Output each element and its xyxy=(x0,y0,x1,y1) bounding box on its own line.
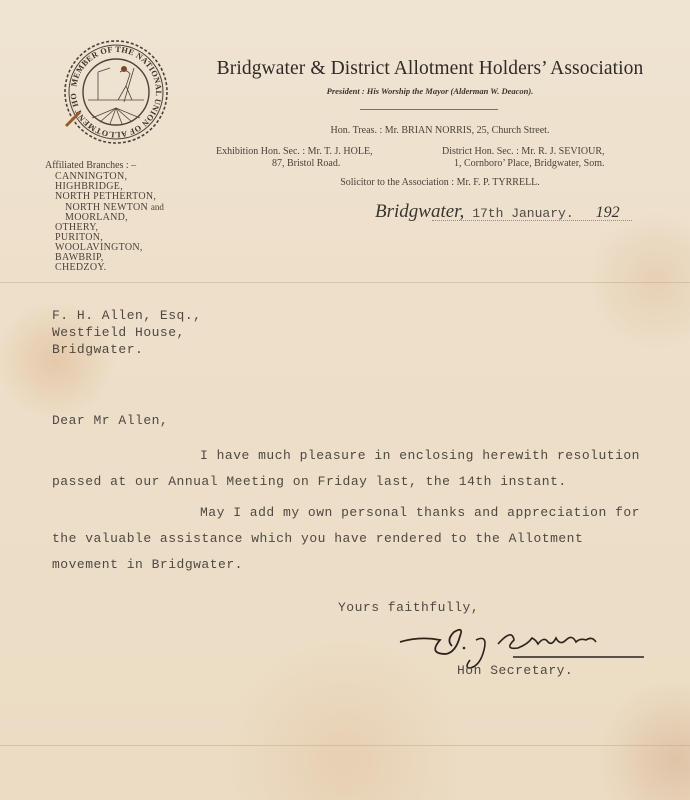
paper-fold-line xyxy=(0,745,690,746)
date-typed: 17th January. xyxy=(472,206,573,221)
seal-ring-text: MEMBER OF THE NATIONAL UNION OF ALLOTMEN… xyxy=(62,38,163,139)
district-secretary: District Hon. Sec. : Mr. R. J. SEVIOUR, … xyxy=(442,146,652,170)
solicitor-line: Solicitor to the Association : Mr. F. P.… xyxy=(210,177,670,189)
branch-item: CHEDZOY. xyxy=(45,263,164,273)
paragraph-2-line: movement in Bridgwater. xyxy=(52,552,652,578)
district-secretary-address: 1, Cornboro’ Place, Bridgwater, Som. xyxy=(442,158,652,170)
exhibition-secretary-address: 87, Bristol Road. xyxy=(216,158,446,170)
svg-text:MEMBER OF THE NATIONAL UNION O: MEMBER OF THE NATIONAL UNION OF ALLOTMEN… xyxy=(62,38,163,139)
president-line: President : His Worship the Mayor (Alder… xyxy=(210,86,650,96)
paragraph-2: May I add my own personal thanks and app… xyxy=(52,500,652,578)
salutation: Dear Mr Allen, xyxy=(52,413,168,428)
letter-page: MEMBER OF THE NATIONAL UNION OF ALLOTMEN… xyxy=(0,0,690,800)
exhibition-secretary-name: Exhibition Hon. Sec. : Mr. T. J. HOLE, xyxy=(216,146,446,158)
branches-heading: Affiliated Branches : – xyxy=(45,160,164,171)
date-dotted-rule xyxy=(432,220,632,221)
affiliated-branches: Affiliated Branches : – CANNINGTON, HIGH… xyxy=(45,160,164,273)
addressee-town: Bridgwater. xyxy=(52,341,201,358)
allotment-seal-icon: MEMBER OF THE NATIONAL UNION OF ALLOTMEN… xyxy=(62,38,170,146)
header-divider xyxy=(360,109,498,110)
branch-item: NORTH PETHERTON, xyxy=(45,192,164,202)
treasurer-line: Hon. Treas. : Mr. BRIAN NORRIS, 25, Chur… xyxy=(210,125,670,137)
paper-fold-line xyxy=(0,282,690,283)
paragraph-2-line: the valuable assistance which you have r… xyxy=(52,526,652,552)
paragraph-1: I have much pleasure in enclosing herewi… xyxy=(52,443,652,495)
district-secretary-name: District Hon. Sec. : Mr. R. J. SEVIOUR, xyxy=(442,146,652,158)
addressee-block: F. H. Allen, Esq., Westfield House, Brid… xyxy=(52,307,201,358)
exhibition-secretary: Exhibition Hon. Sec. : Mr. T. J. HOLE, 8… xyxy=(216,146,446,170)
closing: Yours faithfully, xyxy=(338,600,479,615)
date-year: 192 xyxy=(596,204,620,221)
addressee-name: F. H. Allen, Esq., xyxy=(52,307,201,324)
date-place: Bridgwater, xyxy=(375,201,464,222)
branch-and: and xyxy=(151,202,164,212)
paragraph-1-line: I have much pleasure in enclosing herewi… xyxy=(52,443,652,469)
signatory-title: Hon Secretary. xyxy=(457,663,573,678)
organisation-title: Bridgwater & District Allotment Holders’… xyxy=(210,58,650,80)
paragraph-2-line: May I add my own personal thanks and app… xyxy=(52,500,652,526)
addressee-house: Westfield House, xyxy=(52,324,201,341)
paragraph-1-line: passed at our Annual Meeting on Friday l… xyxy=(52,469,652,495)
